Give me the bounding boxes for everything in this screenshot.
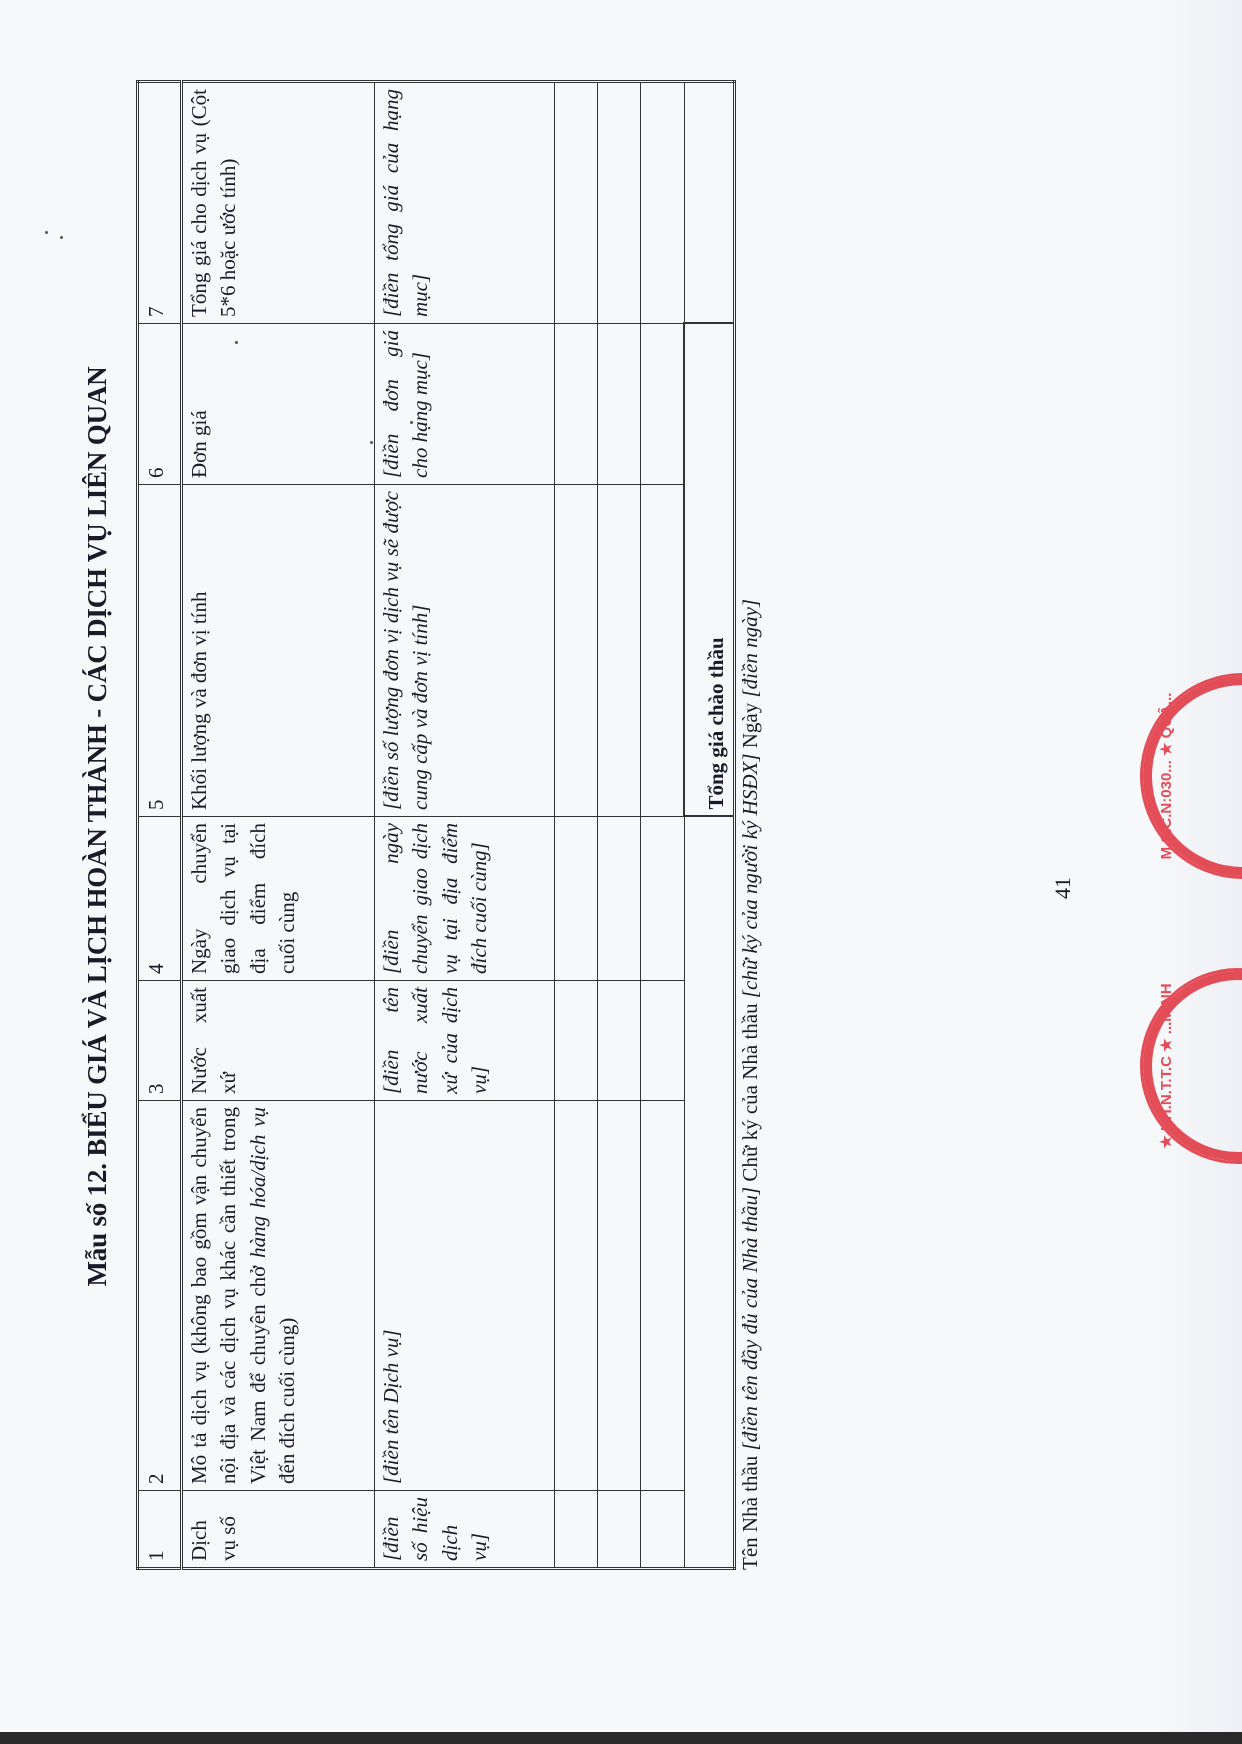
blank-cell (555, 1101, 598, 1491)
blank-cell (555, 981, 598, 1101)
header-description: Mô tả dịch vụ (không bao gồm vận chuyển … (182, 1101, 375, 1491)
price-schedule-table: 1 2 3 4 5 6 7 Dịch vụ số Mô tả dịch vụ (… (136, 80, 736, 1570)
header-unit-price: Đơn giá (182, 324, 375, 485)
header-service-no: Dịch vụ số (182, 1491, 375, 1569)
date-label: Ngày (738, 698, 762, 754)
blank-cell (641, 981, 685, 1101)
blank-cell (598, 485, 641, 817)
header-delivery-date: Ngày chuyển giao dịch vụ tại địa điểm đí… (182, 817, 375, 981)
table-row-blank (598, 82, 641, 1569)
rotated-page: Mẫu số 12. BIỂU GIÁ VÀ LỊCH HOÀN THÀNH -… (0, 0, 1242, 1744)
blank-cell (598, 82, 641, 324)
blank-cell (598, 981, 641, 1101)
cell-quantity-unit: [điền số lượng đơn vị dịch vụ sẽ được cu… (375, 485, 555, 817)
contractor-name-label: Tên Nhà thầu (738, 1450, 762, 1570)
blank-cell (598, 324, 641, 485)
cell-delivery-date: [điền ngày chuyển giao dịch vụ tại địa đ… (375, 817, 555, 981)
header-total-price: Tổng giá cho dịch vụ (Cột 5*6 hoặc ước t… (182, 82, 375, 324)
contractor-name-placeholder: [điền tên đầy đủ của Nhà thầu] (738, 1187, 762, 1451)
company-stamp-icon: M.S.C.N:030... ★ QUẬ... (1140, 673, 1242, 879)
scan-speck (410, 421, 413, 424)
scan-speck (235, 341, 238, 344)
blank-cell (555, 817, 598, 981)
spacer-cell (684, 981, 735, 1101)
column-number: 4 (138, 817, 182, 981)
blank-cell (555, 82, 598, 324)
scan-speck (370, 441, 373, 444)
scan-speck (45, 231, 48, 234)
cell-unit-price: [điền đơn giá cho hạng mục] (375, 324, 555, 485)
blank-cell (641, 82, 685, 324)
blank-cell (555, 1491, 598, 1569)
company-stamp-icon: ★ HH.N.T.T.C ★ ...MINH (1140, 968, 1242, 1164)
blank-cell (555, 485, 598, 817)
column-number: 5 (138, 485, 182, 817)
cell-total-price: [điền tổng giá của hạng mục] (375, 82, 555, 324)
column-number: 2 (138, 1101, 182, 1491)
cell-service-no: [điền số hiệu dịch vụ] (375, 1491, 555, 1569)
blank-cell (641, 1491, 685, 1569)
blank-cell (598, 817, 641, 981)
signature-line: Tên Nhà thầu [điền tên đầy đủ của Nhà th… (738, 70, 763, 1570)
blank-cell (555, 324, 598, 485)
spacer-cell (684, 1101, 735, 1491)
table-row-blank (641, 82, 685, 1569)
scan-speck (60, 236, 63, 239)
stamp-text: M.S.C.N:030... ★ QUẬ... (1157, 693, 1175, 860)
cell-origin: [điền tên nước xuất xứ của dịch vụ] (375, 981, 555, 1101)
total-bid-price-value (684, 82, 735, 324)
blank-cell (641, 485, 685, 817)
spacer-cell (684, 1491, 735, 1569)
blank-cell (641, 817, 685, 981)
page-title: Mẫu số 12. BIỂU GIÁ VÀ LỊCH HOÀN THÀNH -… (82, 83, 118, 1570)
cell-service-name: [điền tên Dịch vụ] (375, 1101, 555, 1491)
total-bid-price-label: Tổng giá chào thầu (684, 324, 735, 817)
column-number: 3 (138, 981, 182, 1101)
header-origin: Nước xuất xứ (182, 981, 375, 1101)
column-number-row: 1 2 3 4 5 6 7 (138, 82, 182, 1569)
header-quantity-unit: Khối lượng và đơn vị tính (182, 485, 375, 817)
stamp-text: ★ HH.N.T.T.C ★ ...MINH (1157, 983, 1175, 1148)
header-row: Dịch vụ số Mô tả dịch vụ (không bao gồm … (182, 82, 375, 1569)
total-row: Tổng giá chào thầu (684, 82, 735, 1569)
table-row: [điền số hiệu dịch vụ] [điền tên Dịch vụ… (375, 82, 555, 1569)
page-number: 41 (1050, 877, 1076, 899)
signature-label: Chữ ký của Nhà thầu (738, 998, 762, 1187)
blank-cell (598, 1101, 641, 1491)
signature-placeholder: [chữ ký của người ký HSĐX] (738, 754, 762, 999)
blank-cell (641, 1101, 685, 1491)
blank-cell (641, 324, 685, 485)
column-number: 7 (138, 82, 182, 324)
column-number: 6 (138, 324, 182, 485)
column-number: 1 (138, 1491, 182, 1569)
date-placeholder: [điền ngày] (738, 599, 762, 698)
spacer-cell (684, 817, 735, 981)
blank-cell (598, 1491, 641, 1569)
header-description-text-end: đến đích cuối cùng) (275, 1318, 299, 1484)
table-row-blank (555, 82, 598, 1569)
header-description-italic: hàng hóa/dịch vụ (246, 1107, 270, 1258)
